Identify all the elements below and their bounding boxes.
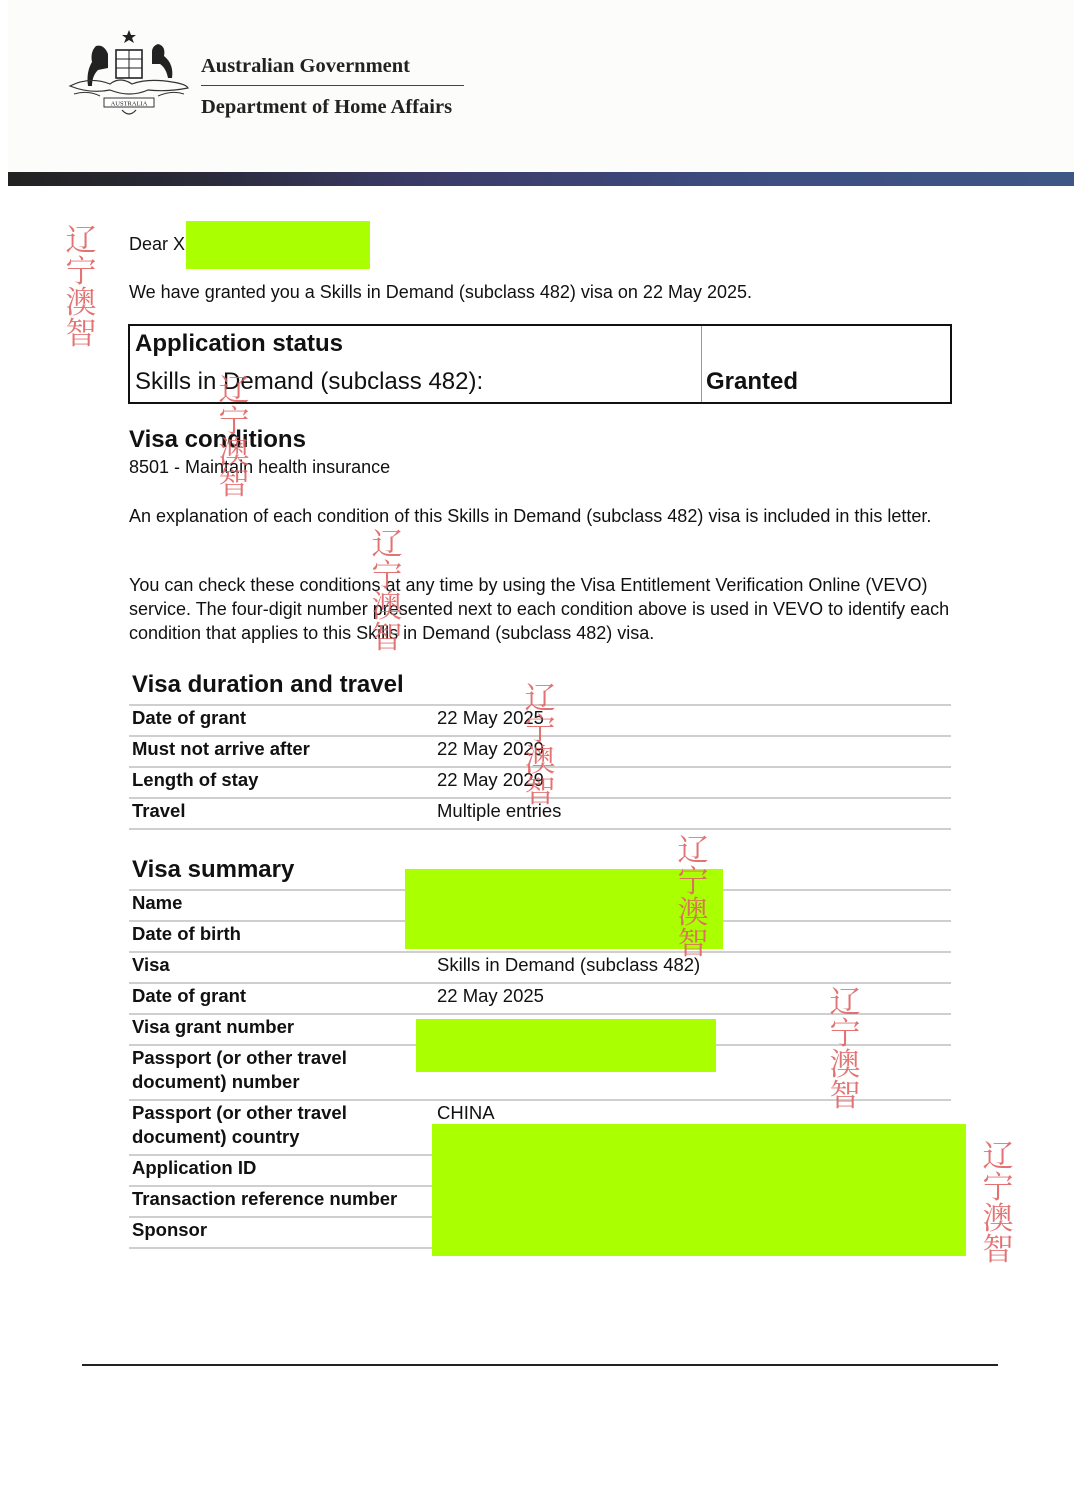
redaction-grant-passport-number — [416, 1019, 716, 1072]
visa-duration-heading: Visa duration and travel — [132, 671, 404, 699]
condition-item: 8501 - Maintain health insurance — [129, 457, 390, 478]
watermark: 辽宁澳智 — [981, 1142, 1015, 1266]
table-row: VisaSkills in Demand (subclass 482) — [129, 952, 951, 983]
redaction-recipient-name — [186, 221, 370, 269]
watermark: 辽宁澳智 — [523, 684, 557, 808]
watermark: 辽宁澳智 — [828, 988, 862, 1112]
watermark: 辽宁澳智 — [217, 376, 251, 500]
status-title: Application status — [135, 330, 343, 358]
salutation: Dear X — [129, 232, 185, 256]
government-title: Australian Government — [201, 55, 410, 78]
watermark: 辽宁澳智 — [64, 226, 98, 350]
footer-rule — [82, 1364, 998, 1366]
svg-text:AUSTRALIA: AUSTRALIA — [111, 101, 148, 108]
vevo-note: You can check these conditions at any ti… — [129, 573, 951, 645]
status-divider — [701, 326, 702, 402]
department-title: Department of Home Affairs — [201, 96, 452, 119]
visa-summary-heading: Visa summary — [132, 856, 294, 884]
conditions-explanation: An explanation of each condition of this… — [129, 504, 949, 528]
watermark: 辽宁澳智 — [676, 836, 710, 960]
watermark: 辽宁澳智 — [370, 530, 404, 654]
coat-of-arms-icon: AUSTRALIA — [66, 28, 192, 120]
redaction-application-details — [432, 1124, 966, 1256]
status-value: Granted — [706, 368, 798, 396]
application-status-box: Application status Skills in Demand (sub… — [128, 324, 952, 404]
header-band — [8, 172, 1074, 186]
title-divider — [201, 85, 464, 86]
grant-intro: We have granted you a Skills in Demand (… — [129, 280, 752, 304]
status-label: Skills in Demand (subclass 482): — [135, 368, 483, 396]
